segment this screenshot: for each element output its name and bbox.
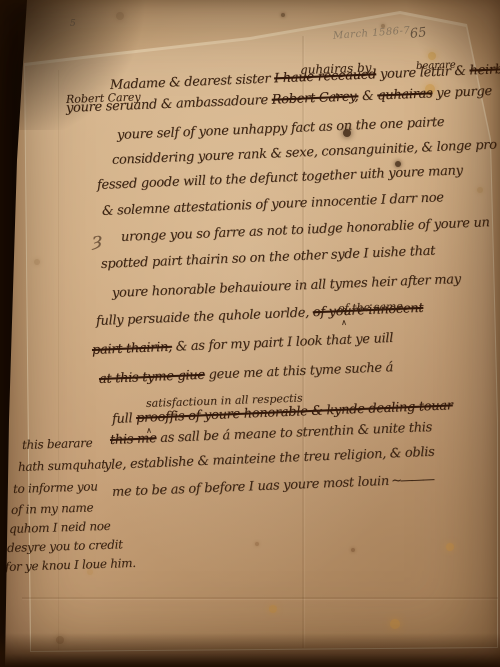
body-text: spotted pairt thairin so on the other sy… xyxy=(101,244,436,272)
margin-note-line: this bearare xyxy=(22,436,93,452)
foxing-spot xyxy=(446,543,454,551)
body-text: fully persuaide the quhole uorlde, xyxy=(96,305,313,329)
foxing-spot xyxy=(281,13,285,17)
manuscript-line: spotted pairt thairin so on the other sy… xyxy=(101,244,436,272)
manuscript-line: uronge you so farre as not to iudge hono… xyxy=(121,215,490,245)
body-text: & xyxy=(358,89,378,105)
insertion-text: ∧ xyxy=(341,318,347,327)
insertion-text: ∧ xyxy=(334,91,340,100)
margin-note-line: hath sumquhat xyxy=(18,457,106,474)
insertion-text: of the same xyxy=(338,300,403,315)
body-text: youre self of yone unhappy fact as on th… xyxy=(117,115,445,143)
manuscript-line: youre honorable behauioure in all tymes … xyxy=(112,272,461,301)
insertion-text: quhairas by xyxy=(300,61,372,77)
manuscript-line: fessed goode will to the defunct togethe… xyxy=(97,163,463,193)
insertion-text: Robert Carey xyxy=(66,90,141,106)
foxing-spot xyxy=(351,548,355,552)
manuscript-line: yle, establishe & mainteine the treu rel… xyxy=(104,445,435,473)
margin-note-line: desyre you to credit xyxy=(7,537,123,555)
foxing-spot xyxy=(269,605,277,613)
manuscript-photograph: 5 March 1586-7 65 Madame & dearest siste… xyxy=(0,0,500,667)
insertion-text: ∧ xyxy=(146,426,152,435)
manuscript-line: & solemne attestationis of youre innocen… xyxy=(102,190,444,219)
insertion-text: ȝ xyxy=(92,229,103,251)
pencil-date-annotation: March 1586-7 xyxy=(333,25,411,41)
body-text: as sall be á meane to strenthin & unite … xyxy=(156,420,432,446)
foxing-spot xyxy=(34,259,40,265)
body-text: full xyxy=(112,411,137,427)
foxing-spot xyxy=(428,52,436,60)
bottom-shadow-band xyxy=(0,633,500,667)
fold-crease-horizontal xyxy=(22,597,498,599)
folio-number: 65 xyxy=(409,25,427,42)
foxing-spot xyxy=(56,636,64,644)
margin-note-line: of in my name xyxy=(11,500,94,517)
foxing-spot xyxy=(477,187,483,193)
struck-text: Robert Carey, xyxy=(271,89,358,107)
struck-text: at this tyme giue xyxy=(99,368,205,387)
body-text: ~——— xyxy=(389,472,434,489)
struck-text: heirby xyxy=(469,62,500,79)
body-text: yle, establishe & mainteine the treu rel… xyxy=(104,445,435,473)
body-text: fessed goode will to the defunct togethe… xyxy=(97,163,463,193)
margin-note-line: to informe you xyxy=(13,479,98,496)
margin-note-line: for ye knou I loue him. xyxy=(5,556,136,574)
manuscript-line: at this tyme giue geue me at this tyme s… xyxy=(99,360,394,387)
body-text: youre honorable behauioure in all tymes … xyxy=(112,272,461,301)
struck-text: pairt thairin, xyxy=(92,340,173,358)
struck-text: quhairas xyxy=(377,86,433,103)
foxing-spot xyxy=(255,542,259,546)
body-text: & as for my pairt I look that ye uill xyxy=(172,331,394,355)
manuscript-line: pairt thairin, & as for my pairt I look … xyxy=(92,331,394,358)
body-text: uronge you so farre as not to iudge hono… xyxy=(121,215,490,245)
body-text: ye purge xyxy=(432,84,492,101)
manuscript-line: me to be as of before I uas youre most l… xyxy=(112,472,434,500)
corner-pencil-mark: 5 xyxy=(70,19,76,29)
manuscript-line: youre self of yone unhappy fact as on th… xyxy=(117,115,445,143)
foxing-spot xyxy=(116,12,124,20)
body-text: & solemne attestationis of youre innocen… xyxy=(102,190,444,219)
body-text: me to be as of before I uas youre most l… xyxy=(112,474,390,500)
insertion-text: bearare xyxy=(416,60,456,72)
margin-note-line: quhom I neid noe xyxy=(9,519,111,536)
body-text: geue me at this tyme suche á xyxy=(204,360,393,383)
foxing-spot xyxy=(390,619,400,629)
